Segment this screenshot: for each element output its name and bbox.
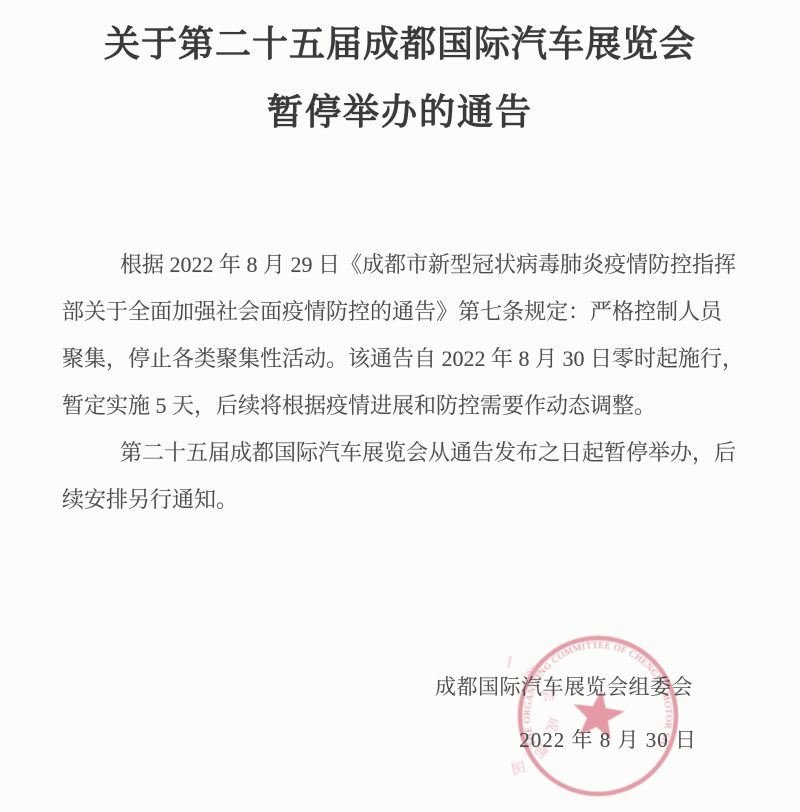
- notice-body: 根据 2022 年 8 月 29 日《成都市新型冠状病毒肺炎疫情防控指挥 部关于…: [62, 241, 738, 523]
- body-line-1: 根据 2022 年 8 月 29 日《成都市新型冠状病毒肺炎疫情防控指挥: [62, 241, 738, 288]
- body-line-6: 续安排另行通知。: [62, 476, 738, 523]
- body-line-5: 第二十五届成都国际汽车展览会从通告发布之日起暂停举办，后: [62, 429, 738, 476]
- notice-document-page: 关于第二十五届成都国际汽车展览会 暂停举办的通告 根据 2022 年 8 月 2…: [0, 0, 800, 812]
- official-seal: THE ORGANIZING COMMITTEE OF CHENGDU MOTO…: [508, 626, 688, 806]
- notice-title-line-1: 关于第二十五届成都国际汽车展览会: [0, 16, 800, 67]
- body-line-2: 部关于全面加强社会面疫情防控的通告》第七条规定：严格控制人员: [62, 288, 738, 335]
- signature-date: 2022 年 8 月 30 日: [519, 724, 697, 754]
- signature-organization: 成都国际汽车展览会组委会: [435, 671, 693, 701]
- body-line-4: 暂定实施 5 天，后续将根据疫情进展和防控需要作动态调整。: [62, 382, 738, 429]
- notice-title-line-2: 暂停举办的通告: [0, 84, 800, 135]
- body-line-3: 聚集，停止各类聚集性活动。该通告自 2022 年 8 月 30 日零时起施行，: [62, 335, 738, 382]
